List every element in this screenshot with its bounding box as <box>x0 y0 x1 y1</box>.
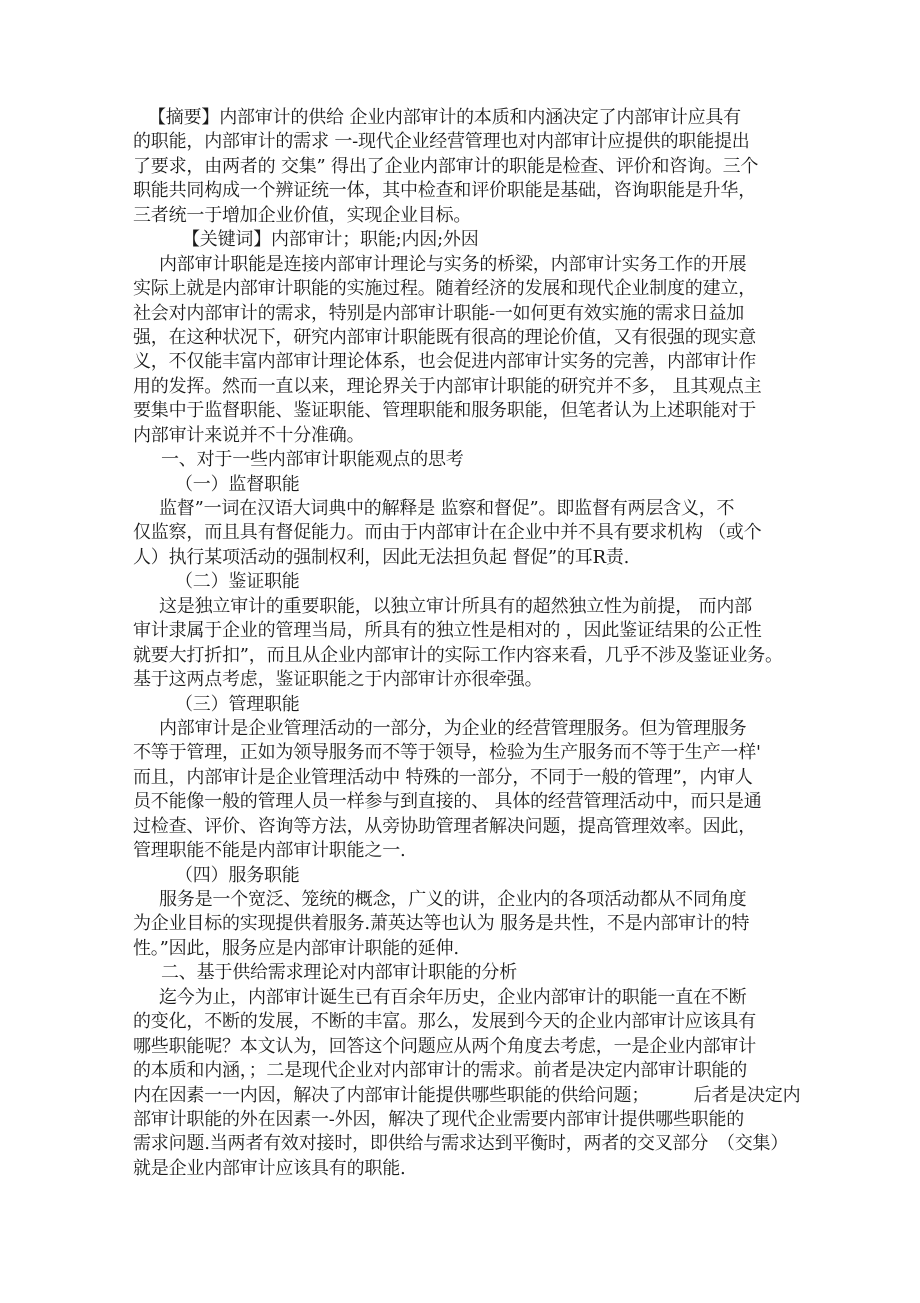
text-line: 内部审计职能是连接内部审计理论与实务的桥梁，内部审计实务工作的开展 <box>133 253 798 277</box>
text-line: 的变化，不断的发展，不断的丰富。那么，发展到今天的企业内部审计应该具有 <box>133 1010 798 1034</box>
text-line: 不等于管理，正如为领导服务而不等于领导，检验为生产服务而不等于生产一样' <box>133 741 798 765</box>
text-line: 性。”因此，服务应是内部审计职能的延伸. <box>133 937 798 961</box>
text-line: 而且，内部审计是企业管理活动中 特殊的一部分，不同于一般的管理”，内审人 <box>133 766 798 790</box>
document-page: 【摘要】内部审计的供给 企业内部审计的本质和内涵决定了内部审计应具有的职能，内部… <box>0 0 920 1303</box>
text-line: 的本质和内涵，；二是现代企业对内部审计的需求。前者是决定内部审计职能的 <box>133 1059 798 1083</box>
text-line: 内部审计是企业管理活动的一部分，为企业的经营管理服务。但为管理服务 <box>133 717 798 741</box>
text-line: 内在因素一一内因，解决了内部审计能提供哪些职能的供给问题； 后者是决定内 <box>133 1084 798 1108</box>
text-line: 过检查、评价、咨询等方法，从旁协助管理者解决问题，提高管理效率。因此， <box>133 815 798 839</box>
paragraph: 迄今为止，内部审计诞生已有百余年历史，企业内部审计的职能一直在不断的变化，不断的… <box>133 986 798 1182</box>
text-line: 二、基于供给需求理论对内部审计职能的分析 <box>133 961 798 985</box>
section-heading: 一、对于一些内部审计职能观点的思考 <box>133 448 798 472</box>
subsection-heading: （三）管理职能 <box>133 693 798 717</box>
text-line: 强，在这种状况下，研究内部审计职能既有很高的理论价值，又有很强的现实意 <box>133 326 798 350</box>
text-line: 需求问题.当两者有效对接时，即供给与需求达到平衡时，两者的交叉部分 （交集） <box>133 1132 798 1156</box>
text-line: 【摘要】内部审计的供给 企业内部审计的本质和内涵决定了内部审计应具有 <box>133 106 798 130</box>
paragraph: 内部审计是企业管理活动的一部分，为企业的经营管理服务。但为管理服务不等于管理，正… <box>133 717 798 864</box>
text-line: （一）监督职能 <box>133 473 798 497</box>
text-line: 了要求，由两者的 交集” 得出了企业内部审计的职能是检查、评价和咨询。三个 <box>133 155 798 179</box>
text-line: 哪些职能呢？本文认为，回答这个问题应从两个角度去考虑，一是企业内部审计 <box>133 1035 798 1059</box>
section-heading: 二、基于供给需求理论对内部审计职能的分析 <box>133 961 798 985</box>
text-line: 的职能，内部审计的需求 一-现代企业经营管理也对内部审计应提供的职能提出 <box>133 130 798 154</box>
text-line: （三）管理职能 <box>133 693 798 717</box>
intro-paragraph: 内部审计职能是连接内部审计理论与实务的桥梁，内部审计实务工作的开展实际上就是内部… <box>133 253 798 449</box>
text-line: （二）鉴证职能 <box>133 570 798 594</box>
text-line: 部审计职能的外在因素一-外因，解决了现代企业需要内部审计提供哪些职能的 <box>133 1108 798 1132</box>
text-line: 义，不仅能丰富内部审计理论体系，也会促进内部审计实务的完善，内部审计作 <box>133 350 798 374</box>
text-line: 内部审计来说并不十分准确。 <box>133 424 798 448</box>
text-line: 仅监察，而且具有督促能力。而由于内部审计在企业中并不具有要求机构 （或个 <box>133 521 798 545</box>
text-line: 就要大打折扣”，而且从企业内部审计的实际工作内容来看，几乎不涉及鉴证业务。 <box>133 644 798 668</box>
paragraph: 监督”一词在汉语大词典中的解释是 监察和督促”。即监督有两层含义，不仅监察，而且… <box>133 497 798 570</box>
paragraph: 服务是一个宽泛、笼统的概念，广义的讲，企业内的各项活动都从不同角度为企业目标的实… <box>133 888 798 961</box>
text-line: 人）执行某项活动的强制权利，因此无法担负起 督促”的耳R责. <box>133 546 798 570</box>
text-line: 迄今为止，内部审计诞生已有百余年历史，企业内部审计的职能一直在不断 <box>133 986 798 1010</box>
subsection-heading: （一）监督职能 <box>133 473 798 497</box>
text-line: 员不能像一般的管理人员一样参与到直接的、 具体的经营管理活动中，而只是通 <box>133 790 798 814</box>
text-line: 实际上就是内部审计职能的实施过程。随着经济的发展和现代企业制度的建立， <box>133 277 798 301</box>
text-line: 用的发挥。然而一直以来，理论界关于内部审计职能的研究并不多， 且其观点主 <box>133 375 798 399</box>
text-line: 为企业目标的实现提供着服务.萧英达等也认为 服务是共性，不是内部审计的特 <box>133 912 798 936</box>
document-body: 【摘要】内部审计的供给 企业内部审计的本质和内涵决定了内部审计应具有的职能，内部… <box>133 106 798 1181</box>
paragraph: 这是独立审计的重要职能，以独立审计所具有的超然独立性为前提， 而内部审计隶属于企… <box>133 595 798 693</box>
text-line: 基于这两点考虑，鉴证职能之于内部审计亦很牵强。 <box>133 668 798 692</box>
text-line: 这是独立审计的重要职能，以独立审计所具有的超然独立性为前提， 而内部 <box>133 595 798 619</box>
text-line: 监督”一词在汉语大词典中的解释是 监察和督促”。即监督有两层含义，不 <box>133 497 798 521</box>
text-line: 服务是一个宽泛、笼统的概念，广义的讲，企业内的各项活动都从不同角度 <box>133 888 798 912</box>
text-line: 审计隶属于企业的管理当局，所具有的独立性是相对的 ，因此鉴证结果的公正性 <box>133 619 798 643</box>
text-line: 社会对内部审计的需求，特别是内部审计职能-一如何更有效实施的需求日益加 <box>133 302 798 326</box>
subsection-heading: （四）服务职能 <box>133 864 798 888</box>
text-line: 职能共同构成一个辨证统一体，其中检查和评价职能是基础，咨询职能是升华， <box>133 179 798 203</box>
text-line: 就是企业内部审计应该具有的职能. <box>133 1157 798 1181</box>
abstract-paragraph: 【摘要】内部审计的供给 企业内部审计的本质和内涵决定了内部审计应具有的职能，内部… <box>133 106 798 228</box>
text-line: 三者统一于增加企业价值，实现企业目标。 <box>133 204 798 228</box>
text-line: （四）服务职能 <box>133 864 798 888</box>
text-line: 管理职能不能是内部审计职能之一. <box>133 839 798 863</box>
keywords-paragraph: 【关键词】内部审计；职能;内因;外因 <box>133 228 798 252</box>
subsection-heading: （二）鉴证职能 <box>133 570 798 594</box>
text-line: 要集中于监督职能、鉴证职能、管理职能和服务职能，但笔者认为上述职能对于 <box>133 399 798 423</box>
text-line: 【关键词】内部审计；职能;内因;外因 <box>133 228 798 252</box>
text-line: 一、对于一些内部审计职能观点的思考 <box>133 448 798 472</box>
